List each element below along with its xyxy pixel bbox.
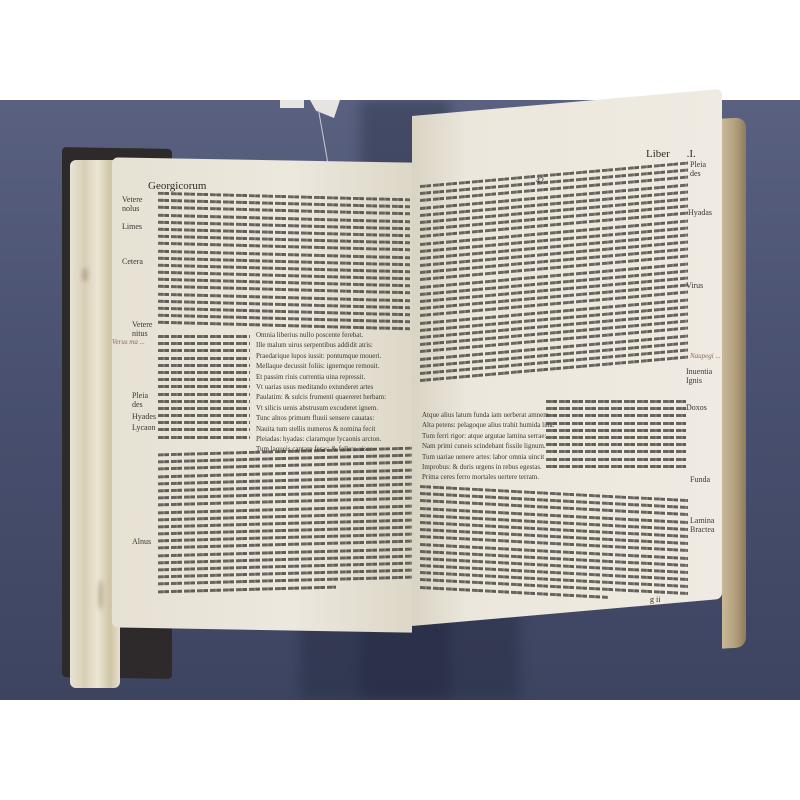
margin-note: Pleiades: [690, 160, 706, 178]
paper-tag: [310, 100, 340, 118]
verse-line: Ille malum uirus serpentibus addidit atr…: [256, 340, 386, 350]
verse-line: Nauita tum stellis numeros & nomina feci…: [256, 424, 386, 434]
verse-line: Vt silicis uenis abstrusum excuderet ign…: [256, 403, 386, 413]
left-verse-block: Omnia liberius nullo poscente ferebat. I…: [256, 330, 386, 455]
verse-line: Prima ceres ferro mortales uertere terra…: [422, 472, 554, 482]
margin-note: InuentiaIgnis: [686, 367, 712, 385]
verse-line: Praedarique lupos iussit: pontumque moue…: [256, 351, 386, 361]
handwritten-annotation: Naupegi ...: [690, 352, 721, 360]
margin-note: Veterenitus: [132, 320, 152, 338]
page-edges-right: [722, 117, 746, 648]
verse-line: Vt uarias usus meditando extunderet arte…: [256, 382, 386, 392]
left-commentary-top: [158, 192, 410, 339]
verse-line: Tunc alnos primum fluuii sensere cauatas…: [256, 413, 386, 423]
paper-tag: [280, 100, 304, 108]
stain: [98, 580, 103, 610]
right-verse-block: Atque alius latum funda iam uerberat amn…: [422, 410, 554, 483]
margin-note: Hyadas: [688, 208, 712, 217]
right-commentary-column: [546, 400, 686, 480]
stain: [82, 268, 88, 282]
verse-line: Nam primi cuneis scindebant fissile lign…: [422, 441, 554, 451]
signature-mark: g ii: [650, 595, 660, 604]
margin-note: Hyades: [132, 412, 156, 421]
right-running-head: Liber .I.: [646, 148, 696, 160]
verse-line: Paulatim: & sulcis frumenti quaereret he…: [256, 392, 386, 402]
margin-note: LaminaBractea: [690, 516, 714, 534]
verse-line: Mellaque decussit foliis: ignemque remou…: [256, 361, 386, 371]
margin-note: Pleiades: [132, 391, 148, 409]
margin-note: Alnus: [132, 537, 151, 546]
left-commentary-column: [158, 335, 250, 445]
left-commentary-bottom: [158, 447, 412, 604]
margin-note: Veterenolus: [122, 195, 142, 213]
margin-note: Cetera: [122, 257, 143, 266]
right-commentary-bottom: [420, 485, 688, 619]
right-commentary-top: [420, 162, 688, 385]
left-running-head: Georgicorum: [148, 180, 206, 192]
verse-line: Improbus: & duris urgens in rebus egesta…: [422, 462, 554, 472]
margin-note: Virus: [686, 281, 703, 290]
verse-line: Alta petens: pelagoque alius trahit humi…: [422, 420, 554, 430]
margin-note: Lycaon: [132, 423, 156, 432]
verse-line: Tum ferri rigor: atque argutae lamina se…: [422, 431, 554, 441]
verse-line: Pleiadas: hyadas: claramque lycaonis arc…: [256, 434, 386, 444]
handwritten-annotation: Verus ma ...: [112, 338, 145, 346]
margin-note: Funda: [690, 475, 710, 484]
verse-line: Omnia liberius nullo poscente ferebat.: [256, 330, 386, 340]
margin-note: Limes: [122, 222, 142, 231]
verse-line: Atque alius latum funda iam uerberat amn…: [422, 410, 554, 420]
verse-line: Tum uariae uenere artes: labor omnia uin…: [422, 452, 554, 462]
margin-note: Doxos: [686, 403, 707, 412]
verse-line: Et passim riuis currentia uina repressit…: [256, 372, 386, 382]
